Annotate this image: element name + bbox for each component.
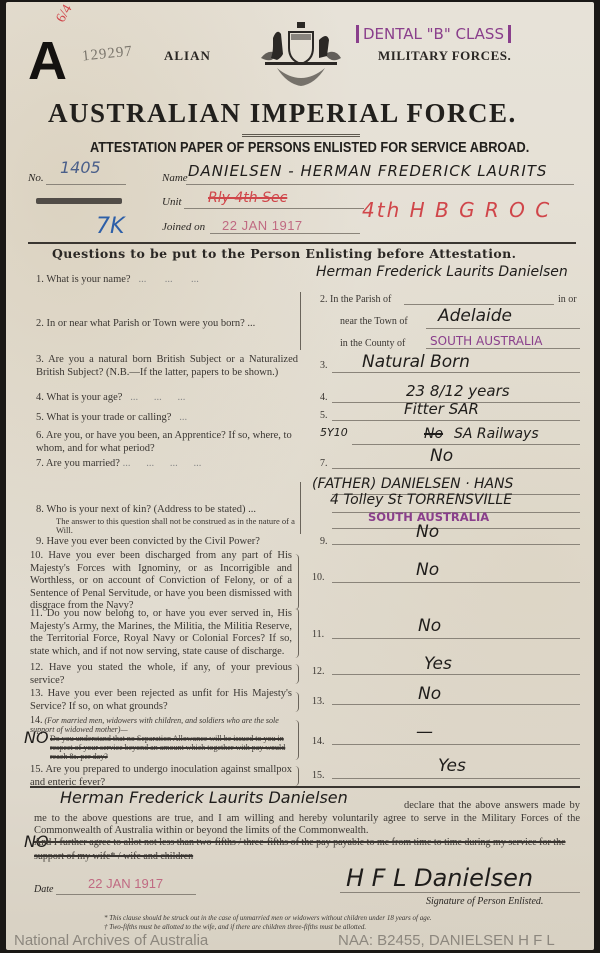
footnote-2: † Two-fifths must be allotted to the wif… (104, 923, 366, 931)
question-5: 5. What is your trade or calling? ... (36, 412, 187, 425)
town-label: near the Town of (340, 316, 408, 327)
num-14: 14. (312, 736, 325, 747)
brace-8 (300, 482, 305, 534)
question-14: 14. (For married men, widowers with chil… (30, 716, 292, 761)
question-2: 2. In or near what Parish or Town were y… (36, 318, 255, 331)
question-14-struck: Do you understand that no Separation All… (30, 734, 292, 761)
num-15: 15. (312, 770, 325, 781)
date-value: 22 JAN 1917 (88, 876, 163, 891)
num-13: 13. (312, 696, 325, 707)
red-mark: 6/4 (54, 2, 77, 25)
question-7: 7. Are you married? ... ... ... ... (36, 458, 201, 471)
coat-of-arms-icon (251, 20, 351, 92)
question-8-note: The answer to this question shall not be… (36, 517, 298, 536)
dental-class-stamp-text: DENTAL "B" CLASS (363, 25, 504, 43)
unit-line (184, 208, 364, 209)
answer-9: No (416, 522, 439, 542)
parish-line (404, 304, 554, 305)
no-value: 1405 (60, 158, 101, 177)
archive-watermark-left: National Archives of Australia (14, 932, 208, 949)
line-8c (332, 528, 580, 529)
line-7 (332, 468, 580, 469)
num-12: 12. (312, 666, 325, 677)
num-7: 7. (320, 458, 328, 469)
unit-label: Unit (162, 196, 182, 208)
serial-stamp: 129297 (81, 43, 133, 65)
answer-4: 23 8/12 years (406, 382, 510, 400)
answer-8-line1: (FATHER) DANIELSEN · HANS (312, 476, 513, 492)
questions-heading: Questions to be put to the Person Enlist… (52, 246, 516, 261)
page-title: AUSTRALIAN IMPERIAL FORCE. (48, 98, 517, 129)
no-line (46, 184, 126, 185)
name-line (186, 184, 574, 185)
line-5 (332, 420, 580, 421)
dental-class-stamp: DENTAL "B" CLASS (356, 25, 511, 43)
question-8: 8. Who is your next of kin? (Address to … (36, 504, 298, 536)
brace-14 (294, 720, 299, 760)
archive-watermark-right: NAA: B2455, DANIELSEN H F L (338, 932, 555, 949)
answer-7: No (430, 446, 453, 466)
question-1: 1. What is your name? ... ... ... (36, 274, 199, 287)
answer-14: — (416, 722, 433, 742)
question-9: 9. Have you ever been convicted by the C… (36, 536, 260, 549)
town-line (426, 328, 580, 329)
struck-box (36, 198, 122, 204)
signature: H F L Danielsen (346, 864, 533, 892)
num-10: 10. (312, 572, 325, 583)
attestation-paper: A 6/4 129297 ALIAN DENTAL "B" CLASS MILI… (6, 2, 594, 950)
answer-6-struck: No (424, 426, 443, 442)
signature-line (340, 892, 580, 893)
joined-label: Joined on (162, 221, 205, 233)
town-value: Adelaide (438, 306, 512, 326)
line-6 (352, 444, 580, 445)
apprentice-margin-note: 5Y10 (320, 426, 348, 439)
question-3: 3. Are you a natural born British Subjec… (36, 354, 298, 379)
date-label: Date (34, 884, 53, 895)
joined-line (210, 233, 360, 234)
declaration-struck-clause: And I further agree to allot not less th… (34, 836, 580, 864)
question-10: 10. Have you ever been discharged from a… (30, 550, 292, 613)
brace-11 (294, 608, 299, 658)
question-13: 13. Have you ever been rejected as unfit… (30, 688, 292, 713)
header-right-word: MILITARY FORCES. (378, 48, 511, 64)
header-left-word: ALIAN (164, 48, 211, 64)
title-rule (242, 134, 360, 137)
answer-11: No (418, 616, 441, 636)
num-4: 4. (320, 392, 328, 403)
answer-13: No (418, 684, 441, 704)
name-label: Name (162, 172, 188, 184)
num-9: 9. (320, 536, 328, 547)
declaration-text: declare that the above answers made by m… (34, 800, 580, 838)
answer-3: Natural Born (362, 352, 470, 372)
brace-15 (294, 766, 299, 786)
answer-1: Herman Frederick Laurits Danielsen (316, 264, 568, 280)
brace-10 (294, 554, 299, 610)
name-value: DANIELSEN - HERMAN FREDERICK LAURITS (188, 162, 547, 180)
brace-12 (294, 664, 299, 684)
no-label: No. (28, 172, 44, 184)
question-14-margin-no: NO (24, 728, 49, 747)
line-11 (332, 638, 580, 639)
unit-value-struck: Rly 4th Sec (208, 190, 287, 206)
date-line (56, 894, 196, 895)
answer-5: Fitter SAR (404, 400, 479, 418)
county-line (426, 348, 580, 349)
line-3 (332, 372, 580, 373)
question-6: 6. Are you, or have you been, an Apprent… (36, 430, 296, 455)
answer-12: Yes (424, 654, 452, 674)
question-11: 11. Do you now belong to, or have you ev… (30, 608, 292, 658)
section-rule (28, 242, 576, 244)
line-13 (332, 704, 580, 705)
answer-10: No (416, 560, 439, 580)
joined-value: 22 JAN 1917 (222, 218, 303, 233)
parish-suffix: in or (558, 294, 577, 305)
question-12: 12. Have you stated the whole, if any, o… (30, 662, 292, 687)
line-10 (332, 582, 580, 583)
parish-label: 2. In the Parish of (320, 294, 391, 305)
answer-15: Yes (438, 756, 466, 776)
question-4: 4. What is your age? ... ... ... (36, 392, 185, 405)
answer-6: SA Railways (454, 426, 539, 442)
line-9 (332, 544, 580, 545)
num-11: 11. (312, 629, 324, 640)
brace-2 (300, 292, 305, 350)
letter-a: A (28, 30, 67, 92)
num-3: 3. (320, 360, 328, 371)
line-12 (332, 674, 580, 675)
county-value: SOUTH AUSTRALIA (430, 334, 542, 348)
page-subtitle: ATTESTATION PAPER OF PERSONS ENLISTED FO… (90, 140, 529, 156)
num-5: 5. (320, 410, 328, 421)
footnote-1: * This clause should be struck out in th… (104, 914, 432, 922)
declaration-body: declare that the above answers made by m… (34, 800, 580, 836)
line-15 (332, 778, 580, 779)
signature-label: Signature of Person Enlisted. (426, 896, 543, 907)
margin-mark: 7K (96, 214, 124, 239)
brace-13 (294, 692, 299, 712)
unit-new-value: 4th H B G R O C (362, 198, 551, 222)
answer-8-line2: 4 Tolley St TORRENSVILLE (330, 492, 512, 508)
line-14 (332, 744, 580, 745)
county-label: in the County of (340, 338, 405, 349)
